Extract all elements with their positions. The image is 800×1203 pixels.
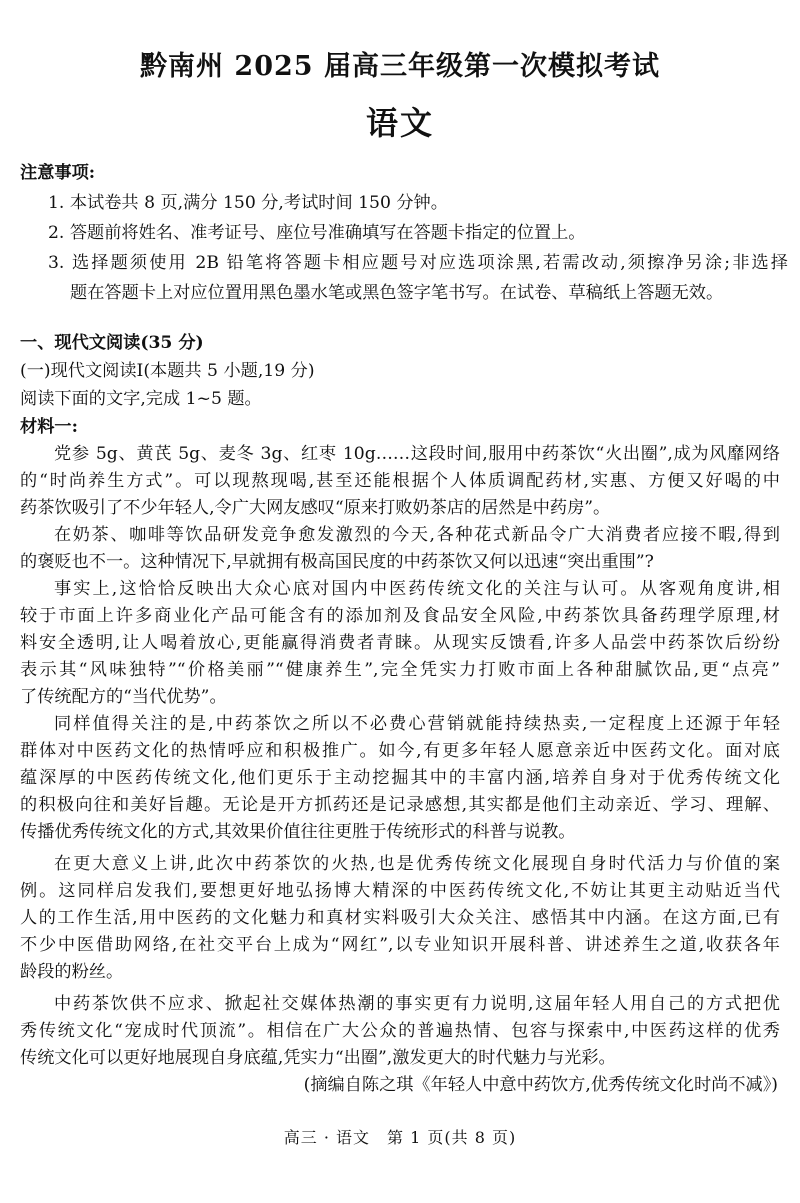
section-subheading: (一)现代文阅读Ⅰ(本题共 5 小题,19 分) (20, 360, 315, 382)
passage-line: 传统文化可以更好地展现自身底蕴,凭实力“出圈”,激发更大的时代魅力与光彩。 (20, 1047, 616, 1069)
section-instruction: 阅读下面的文字,完成 1~5 题。 (20, 388, 262, 410)
exam-title: 黔南州 2025 届高三年级第一次模拟考试 (0, 44, 800, 83)
passage-line: 的褒贬也不一。这种情况下,早就拥有极高国民度的中药茶饮又何以迅速“突出重围”? (20, 551, 654, 573)
passage-line: 不少中医借助网络,在社交平台上成为“网红”,以专业知识开展科普、讲述养生之道,收… (20, 934, 780, 956)
notice-item: 2. 答题前将姓名、准考证号、座位号准确填写在答题卡指定的位置上。 (48, 222, 586, 244)
passage-line: 同样值得关注的是,中药茶饮之所以不必费心营销就能持续热卖,一定程度上还源于年轻 (54, 713, 780, 735)
passage-line: 的积极向往和美好旨趣。无论是开方抓药还是记录感想,其实都是他们主动亲近、学习、理… (20, 794, 780, 816)
notice-item: 3. 选择题须使用 2B 铅笔将答题卡相应题号对应选项涂黑,若需改动,须擦净另涂… (48, 252, 788, 274)
passage-line: 较于市面上许多商业化产品可能含有的添加剂及食品安全风险,中药茶饮具备药理学原理,… (20, 605, 780, 627)
passage-line: 传播优秀传统文化的方式,其效果价值往往更胜于传统形式的科普与说教。 (20, 821, 575, 843)
passage-line: 秀传统文化“宠成时代顶流”。相信在广大公众的普遍热情、包容与探索中,中医药这样的… (20, 1020, 780, 1042)
passage-source: (摘编自陈之琪《年轻人中意中药饮方,优秀传统文化时尚不减》) (304, 1074, 778, 1096)
notice-item-continued: 题在答题卡上对应位置用黑色墨水笔或黑色签字笔书写。在试卷、草稿纸上答题无效。 (70, 282, 723, 304)
passage-line: 药茶饮吸引了不少年轻人,令广大网友感叹“原来打败奶茶店的居然是中药房”。 (20, 497, 610, 519)
passage-line: 在更大意义上讲,此次中药茶饮的火热,也是优秀传统文化展现自身时代活力与价值的案 (54, 853, 780, 875)
passage-line: 人的工作生活,用中医药的文化魅力和真材实料吸引大众关注、感悟其中内涵。在这方面,… (20, 907, 780, 929)
subject-title: 语文 (0, 98, 800, 144)
section-heading: 一、现代文阅读(35 分) (20, 332, 204, 354)
passage-line: 龄段的粉丝。 (20, 961, 123, 983)
passage-line: 中药茶饮供不应求、掀起社交媒体热潮的事实更有力说明,这届年轻人用自己的方式把优 (54, 993, 780, 1015)
passage-line: 例。这同样启发我们,要想更好地弘扬博大精深的中医药传统文化,不妨让其更主动贴近当… (20, 880, 780, 902)
passage-line: 在奶茶、咖啡等饮品研发竞争愈发激烈的今天,各种花式新品令广大消费者应接不暇,得到 (54, 524, 780, 546)
passage-line: 料安全透明,让人喝着放心,更能赢得消费者青睐。从现实反馈看,许多人品尝中药茶饮后… (20, 632, 780, 654)
notice-heading: 注意事项: (20, 162, 95, 184)
page-footer: 高三 · 语文 第 1 页(共 8 页) (0, 1125, 800, 1148)
passage-line: 表示其“风味独特”“价格美丽”“健康养生”,完全凭实力打败市面上各种甜腻饮品,更… (20, 659, 780, 681)
passage-line: 蕴深厚的中医药传统文化,他们更乐于主动挖掘其中的丰富内涵,培养自身对于优秀传统文… (20, 767, 780, 789)
notice-item: 1. 本试卷共 8 页,满分 150 分,考试时间 150 分钟。 (48, 192, 448, 214)
passage-line: 的“时尚养生方式”。可以现熬现喝,甚至还能根据个人体质调配药材,实惠、方便又好喝… (20, 470, 780, 492)
passage-line: 党参 5g、黄芪 5g、麦冬 3g、红枣 10g……这段时间,服用中药茶饮“火出… (54, 443, 780, 465)
passage-line: 了传统配方的“当代优势”。 (20, 686, 227, 708)
passage-line: 群体对中医药文化的热情呼应和积极推广。如今,有更多年轻人愿意亲近中医药文化。面对… (20, 740, 780, 762)
passage-line: 事实上,这恰恰反映出大众心底对国内中医药传统文化的关注与认可。从客观角度讲,相 (54, 578, 780, 600)
material-label: 材料一: (20, 416, 78, 438)
